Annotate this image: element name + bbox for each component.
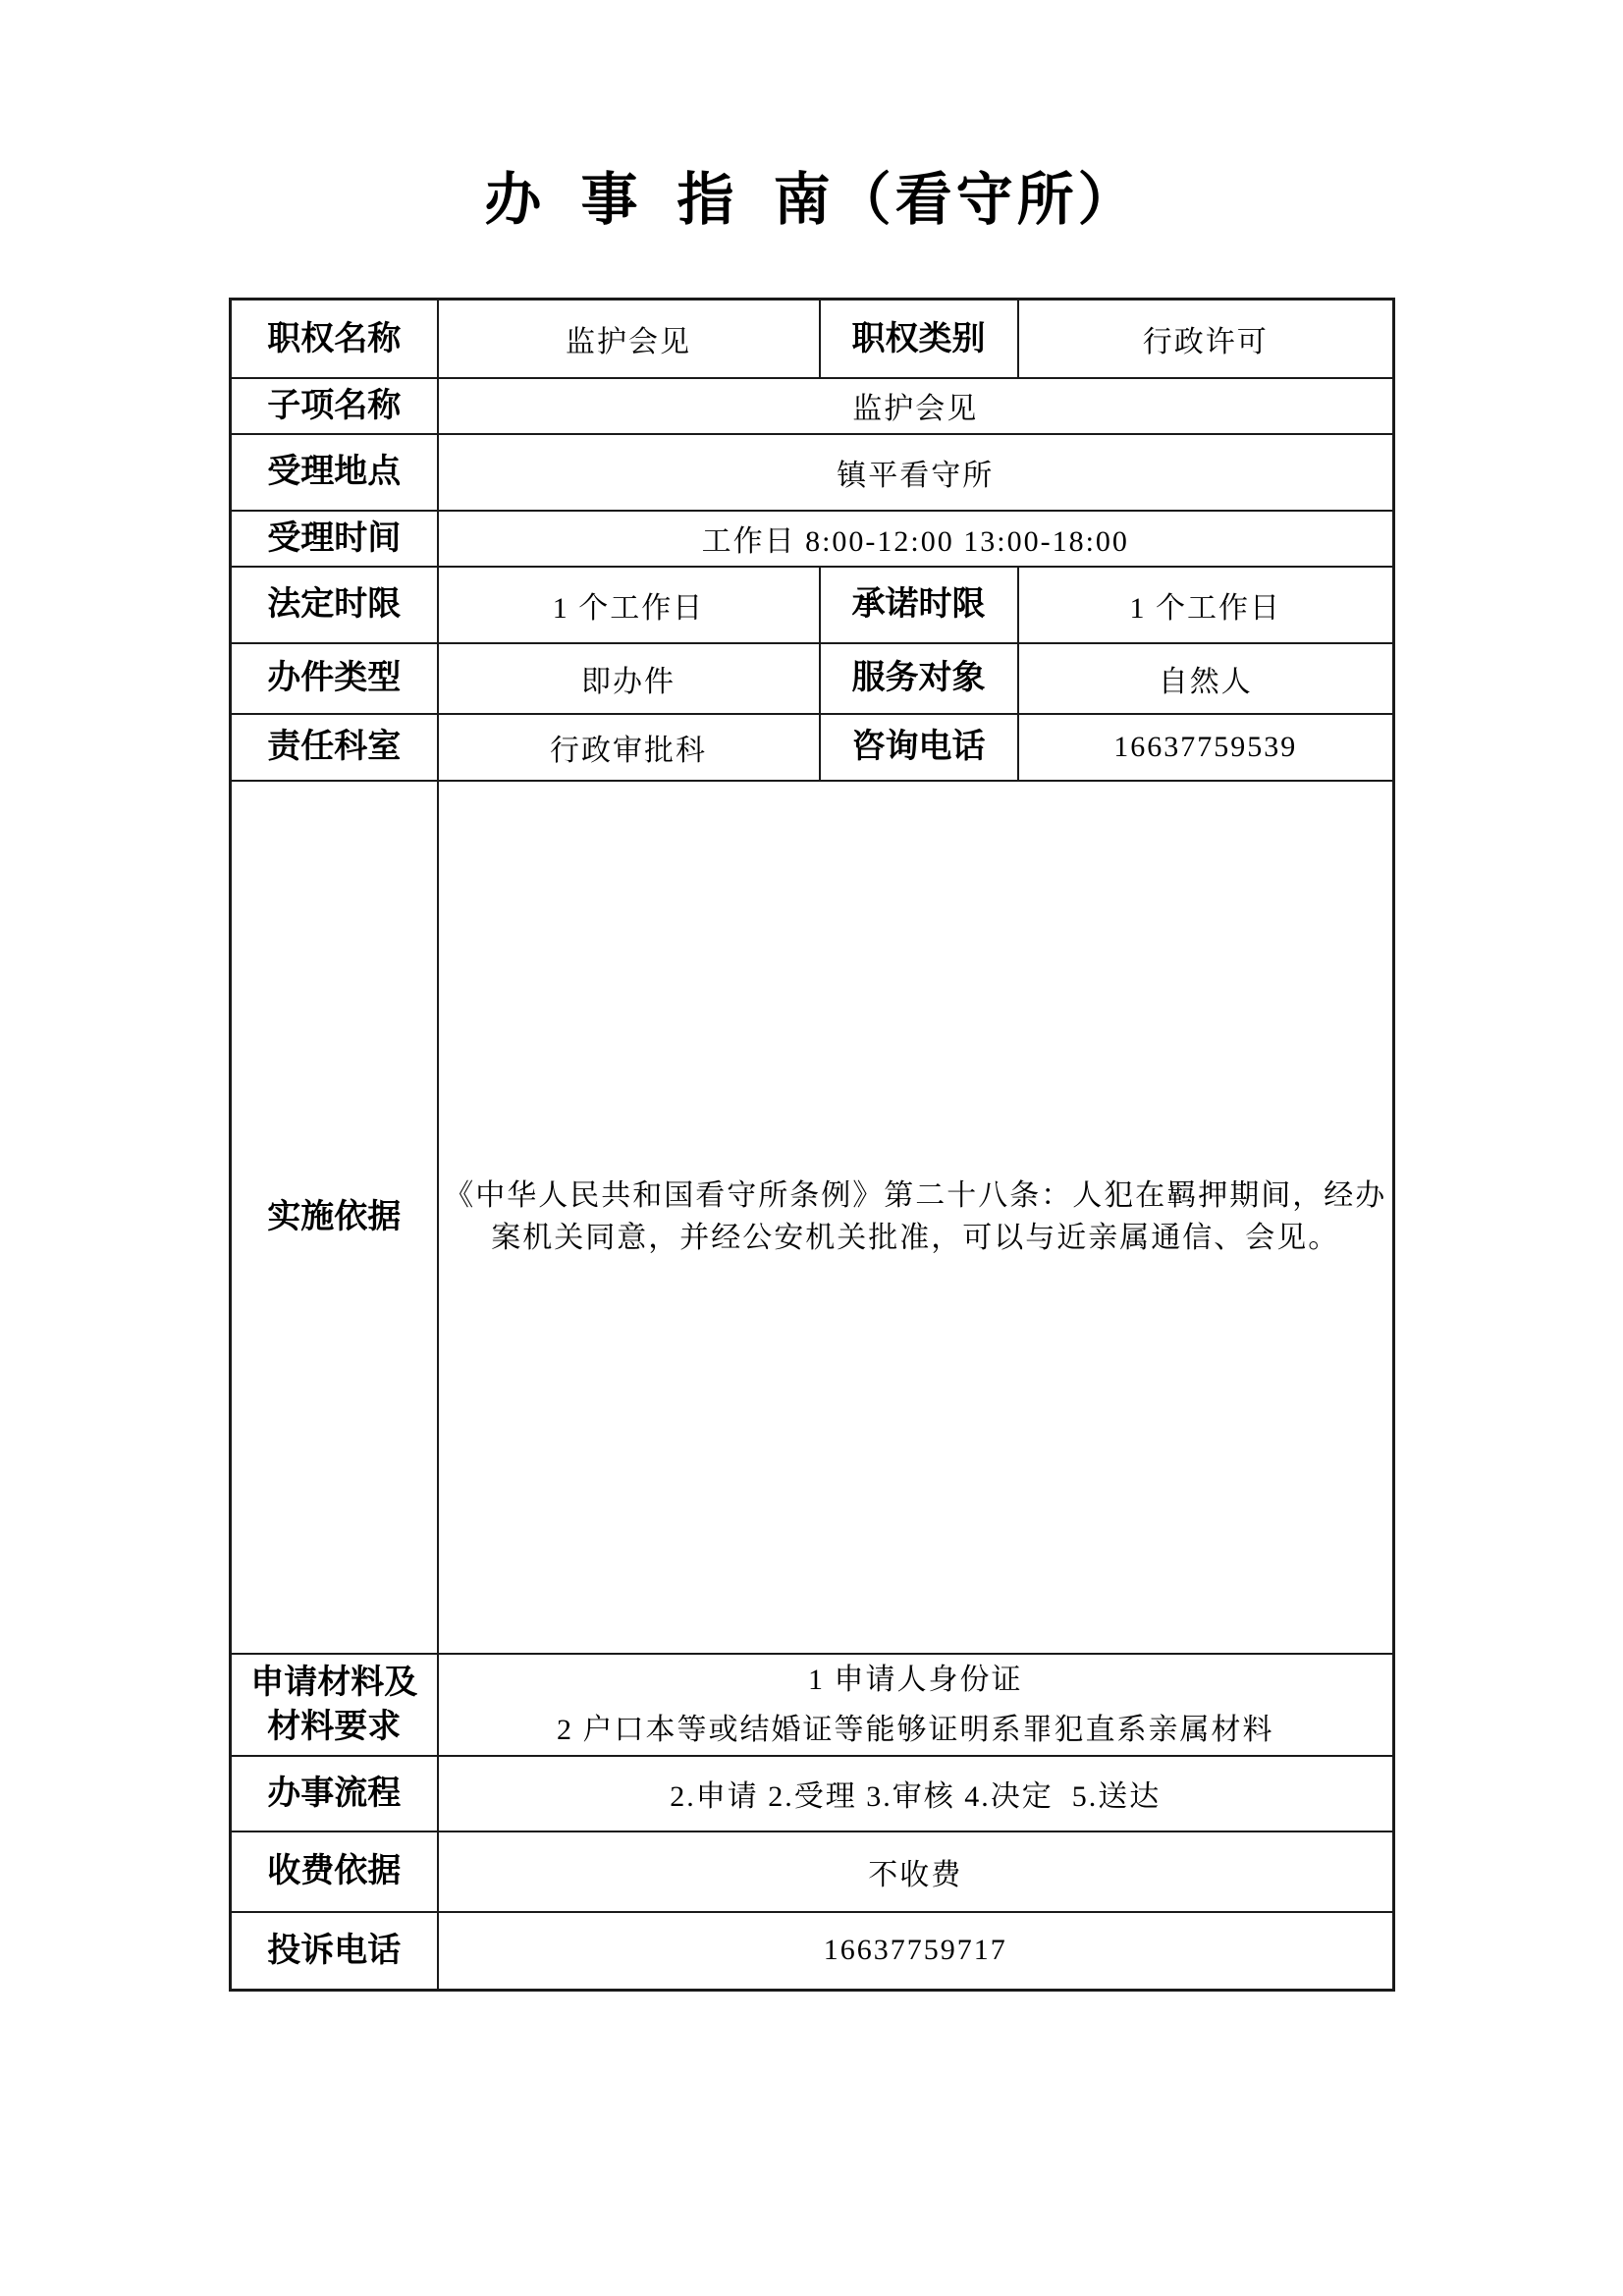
- document-page: 办 事 指 南（看守所） 职权名称 监护会见 职权类别 行政许可 子项名称 监护…: [0, 0, 1623, 2296]
- page-title: 办 事 指 南（看守所）: [0, 153, 1623, 236]
- row-application-materials: 申请材料及 材料要求 1 申请人身份证 2 户口本等或结婚证等能够证明系罪犯直系…: [231, 1654, 1394, 1756]
- value-authority-type: 行政许可: [1018, 300, 1394, 378]
- label-process-flow: 办事流程: [231, 1756, 438, 1831]
- row-fee-basis: 收费依据 不收费: [231, 1831, 1394, 1912]
- value-service-target: 自然人: [1018, 643, 1394, 714]
- label-application-materials: 申请材料及 材料要求: [231, 1654, 438, 1756]
- row-process-flow: 办事流程 2.申请 2.受理 3.审核 4.决定 5.送达: [231, 1756, 1394, 1831]
- application-materials-label-line1: 申请材料及: [232, 1661, 437, 1704]
- label-statutory-time-limit: 法定时限: [231, 567, 438, 643]
- value-application-materials: 1 申请人身份证 2 户口本等或结婚证等能够证明系罪犯直系亲属材料: [438, 1654, 1394, 1756]
- label-complaint-phone: 投诉电话: [231, 1912, 438, 1991]
- label-responsible-department: 责任科室: [231, 714, 438, 781]
- implementation-basis-label-text: 实施依据: [267, 1198, 401, 1235]
- label-service-target: 服务对象: [820, 643, 1018, 714]
- label-implementation-basis: 实施依据: [231, 781, 438, 1654]
- row-complaint-phone: 投诉电话 16637759717: [231, 1912, 1394, 1991]
- value-authority-name: 监护会见: [438, 300, 820, 378]
- value-complaint-phone: 16637759717: [438, 1912, 1394, 1991]
- label-processing-type: 办件类型: [231, 643, 438, 714]
- value-processing-type: 即办件: [438, 643, 820, 714]
- value-acceptance-place: 镇平看守所: [438, 434, 1394, 511]
- value-promised-time-limit: 1 个工作日: [1018, 567, 1394, 643]
- application-materials-label-line2: 材料要求: [232, 1705, 437, 1748]
- row-acceptance-time: 受理时间 工作日 8:00-12:00 13:00-18:00: [231, 511, 1394, 567]
- value-implementation-basis: 《中华人民共和国看守所条例》第二十八条：人犯在羁押期间，经办案机关同意，并经公安…: [438, 781, 1394, 1654]
- row-subitem-name: 子项名称 监护会见: [231, 378, 1394, 434]
- row-processing-type: 办件类型 即办件 服务对象 自然人: [231, 643, 1394, 714]
- label-authority-type: 职权类别: [820, 300, 1018, 378]
- label-authority-name: 职权名称: [231, 300, 438, 378]
- label-acceptance-place: 受理地点: [231, 434, 438, 511]
- value-fee-basis: 不收费: [438, 1831, 1394, 1912]
- row-acceptance-place: 受理地点 镇平看守所: [231, 434, 1394, 511]
- label-acceptance-time: 受理时间: [231, 511, 438, 567]
- value-responsible-department: 行政审批科: [438, 714, 820, 781]
- label-consultation-phone: 咨询电话: [820, 714, 1018, 781]
- row-responsible-department: 责任科室 行政审批科 咨询电话 16637759539: [231, 714, 1394, 781]
- label-fee-basis: 收费依据: [231, 1831, 438, 1912]
- value-statutory-time-limit: 1 个工作日: [438, 567, 820, 643]
- value-consultation-phone: 16637759539: [1018, 714, 1394, 781]
- value-acceptance-time: 工作日 8:00-12:00 13:00-18:00: [438, 511, 1394, 567]
- row-time-limits: 法定时限 1 个工作日 承诺时限 1 个工作日: [231, 567, 1394, 643]
- value-process-flow: 2.申请 2.受理 3.审核 4.决定 5.送达: [438, 1756, 1394, 1831]
- material-item-1: 1 申请人身份证: [439, 1655, 1393, 1705]
- material-item-2: 2 户口本等或结婚证等能够证明系罪犯直系亲属材料: [439, 1705, 1393, 1755]
- row-implementation-basis: 实施依据 《中华人民共和国看守所条例》第二十八条：人犯在羁押期间，经办案机关同意…: [231, 781, 1394, 1654]
- value-subitem-name: 监护会见: [438, 378, 1394, 434]
- label-promised-time-limit: 承诺时限: [820, 567, 1018, 643]
- row-authority: 职权名称 监护会见 职权类别 行政许可: [231, 300, 1394, 378]
- service-guide-table: 职权名称 监护会见 职权类别 行政许可 子项名称 监护会见 受理地点 镇平看守所…: [229, 298, 1395, 1992]
- label-subitem-name: 子项名称: [231, 378, 438, 434]
